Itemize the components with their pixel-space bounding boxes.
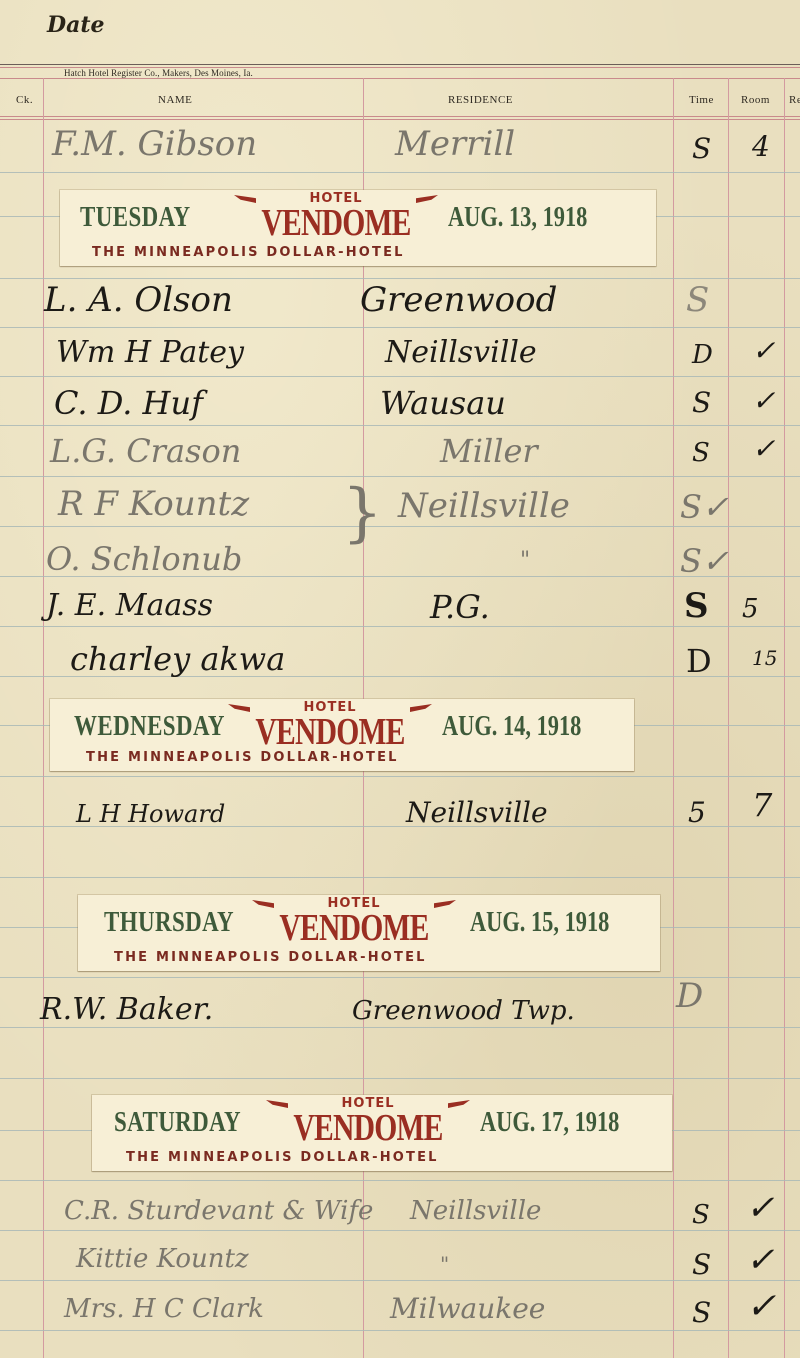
hotel-vendome-logo: HOTEL VENDOME	[240, 192, 432, 240]
guest-residence: Neillsville	[398, 486, 570, 526]
guest-time: S	[692, 132, 711, 165]
guest-residence: Wausau	[380, 384, 506, 422]
guest-room: ✓	[752, 334, 775, 367]
header-rule	[0, 116, 800, 117]
guest-residence: Greenwood	[360, 280, 557, 320]
row-rule	[0, 1078, 800, 1079]
register-page: Date Hatch Hotel Register Co., Makers, D…	[0, 0, 800, 1358]
guest-name: Kittie Kountz	[76, 1244, 249, 1274]
guest-name: J. E. Maass	[46, 588, 213, 623]
guest-residence: P.G.	[430, 588, 490, 626]
column-header-room: Room	[741, 94, 770, 106]
row-rule	[0, 278, 800, 279]
label-date: AUG. 17, 1918	[480, 1107, 619, 1139]
guest-room: 4	[752, 130, 770, 163]
column-rule	[43, 78, 44, 1358]
maker-imprint: Hatch Hotel Register Co., Makers, Des Mo…	[64, 68, 253, 78]
header-rule	[0, 119, 800, 120]
label-day: WEDNESDAY	[74, 711, 225, 743]
column-header-time: Time	[689, 94, 714, 106]
guest-time: D	[692, 340, 713, 370]
guest-name: Mrs. H C Clark	[64, 1294, 264, 1324]
guest-room: ✓	[752, 384, 775, 417]
guest-time: S	[692, 1296, 711, 1329]
guest-residence: Neillsville	[385, 335, 537, 370]
hotel-vendome-logo: HOTEL VENDOME	[258, 897, 450, 945]
column-rule	[784, 78, 785, 1358]
label-date: AUG. 14, 1918	[442, 711, 581, 743]
guest-name: L. A. Olson	[44, 280, 233, 320]
guest-time: S	[692, 438, 710, 468]
column-header-ck: Ck.	[16, 94, 33, 106]
guest-name: C. D. Huf	[54, 384, 203, 422]
row-rule	[0, 1230, 800, 1231]
row-rule	[0, 425, 800, 426]
day-label-saturday: SATURDAY HOTEL VENDOME AUG. 17, 1918 THE…	[92, 1095, 672, 1171]
row-rule	[0, 526, 800, 527]
row-rule	[0, 1280, 800, 1281]
label-day: TUESDAY	[80, 202, 190, 234]
guest-residence: Milwaukee	[390, 1292, 545, 1325]
guest-residence: Miller	[440, 432, 538, 470]
guest-time: D	[676, 976, 703, 1016]
brace-icon: }	[342, 476, 383, 550]
guest-time: 5	[688, 796, 706, 829]
guest-name: F.M. Gibson	[52, 124, 257, 164]
guest-name: Wm H Patey	[56, 335, 244, 370]
column-header-name: NAME	[158, 94, 192, 106]
guest-name: R.W. Baker.	[40, 992, 213, 1027]
guest-room: ✓	[746, 1286, 776, 1327]
label-date: AUG. 15, 1918	[470, 907, 609, 939]
column-rule	[673, 78, 674, 1358]
header-rule	[0, 64, 800, 65]
guest-room: ✓	[752, 432, 775, 465]
row-rule	[0, 1027, 800, 1028]
hotel-vendome-logo: HOTEL VENDOME	[234, 701, 426, 749]
column-header-residence: RESIDENCE	[448, 94, 513, 106]
guest-time: S✓	[680, 542, 729, 580]
hotel-vendome-logo: HOTEL VENDOME	[272, 1097, 464, 1145]
label-day: SATURDAY	[114, 1107, 241, 1139]
row-rule	[0, 1330, 800, 1331]
guest-room: 5	[742, 594, 759, 624]
row-rule	[0, 327, 800, 328]
row-rule	[0, 376, 800, 377]
row-rule	[0, 476, 800, 477]
guest-time: S	[692, 1248, 711, 1281]
guest-name: C.R. Sturdevant & Wife	[64, 1196, 373, 1226]
label-tagline: THE MINNEAPOLIS DOLLAR-HOTEL	[86, 750, 399, 765]
day-label-tuesday: TUESDAY HOTEL VENDOME AUG. 13, 1918 THE …	[60, 190, 656, 266]
label-date: AUG. 13, 1918	[448, 202, 587, 234]
guest-residence: "	[520, 548, 530, 573]
row-rule	[0, 776, 800, 777]
label-tagline: THE MINNEAPOLIS DOLLAR-HOTEL	[126, 1150, 439, 1165]
label-tagline: THE MINNEAPOLIS DOLLAR-HOTEL	[114, 950, 427, 965]
row-rule	[0, 1180, 800, 1181]
guest-room: ✓	[746, 1240, 775, 1280]
guest-room: ✓	[746, 1188, 775, 1228]
guest-residence: "	[440, 1252, 449, 1276]
guest-time: S	[692, 1200, 710, 1230]
day-label-thursday: THURSDAY HOTEL VENDOME AUG. 15, 1918 THE…	[78, 895, 660, 971]
guest-room: 15	[752, 646, 777, 670]
row-rule	[0, 877, 800, 878]
guest-residence: Neillsville	[410, 1196, 541, 1226]
label-tagline: THE MINNEAPOLIS DOLLAR-HOTEL	[92, 245, 405, 260]
guest-residence: Greenwood Twp.	[352, 996, 575, 1026]
guest-time: S	[684, 586, 709, 626]
header-rule	[0, 78, 800, 79]
day-label-wednesday: WEDNESDAY HOTEL VENDOME AUG. 14, 1918 TH…	[50, 699, 634, 771]
guest-residence: Neillsville	[406, 796, 548, 829]
guest-time: S	[692, 386, 711, 419]
row-rule	[0, 626, 800, 627]
guest-name: R F Kountz	[58, 484, 249, 524]
guest-name: L.G. Crason	[50, 432, 241, 470]
guest-room: 7	[752, 786, 772, 824]
page-title: Date	[47, 12, 105, 38]
guest-time: S✓	[680, 488, 729, 526]
guest-name: O. Schlonub	[46, 540, 242, 578]
guest-residence: Merrill	[395, 124, 515, 164]
guest-time: S	[686, 280, 709, 320]
guest-name: charley akwa	[70, 640, 285, 678]
column-header-remarks: Re	[789, 94, 800, 106]
column-rule	[728, 78, 729, 1358]
row-rule	[0, 172, 800, 173]
guest-time: D	[686, 642, 712, 680]
label-day: THURSDAY	[104, 907, 234, 939]
guest-name: L H Howard	[76, 800, 225, 828]
